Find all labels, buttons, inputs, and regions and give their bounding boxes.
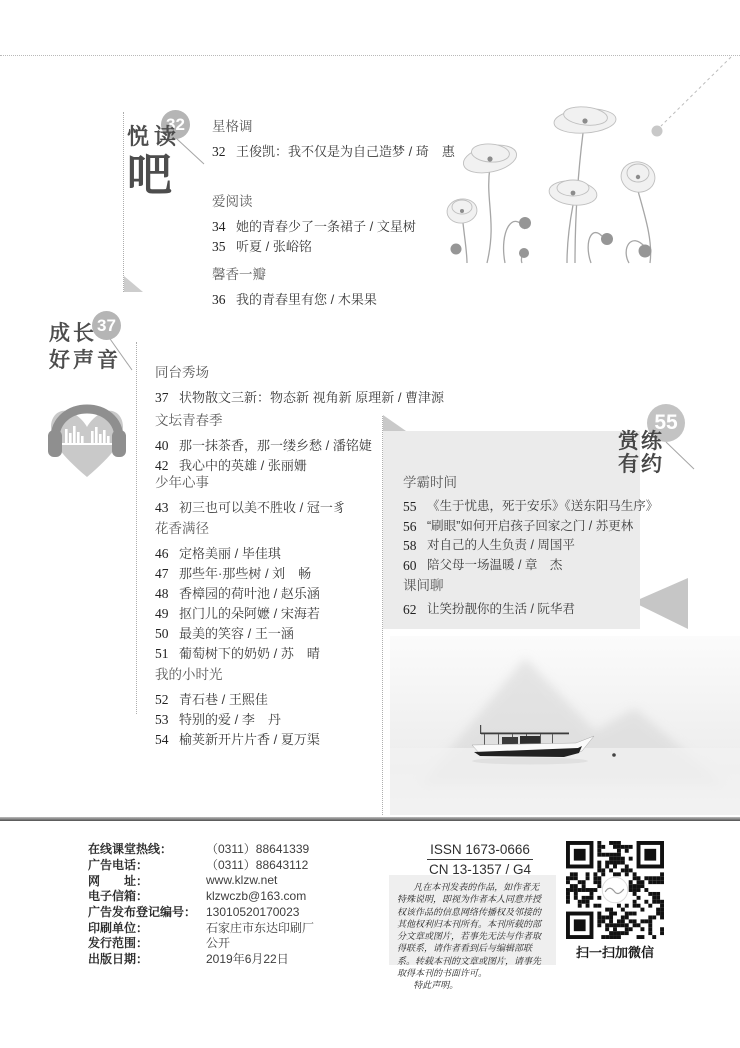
toc-item-title: 榆荚新开片片香 / 夏万渠 bbox=[179, 730, 320, 750]
toc-group: 同台秀场 37 状物散文三新：物态新 视角新 原理新 / 曹津源 bbox=[155, 364, 465, 408]
info-label: 广告电话： bbox=[88, 856, 206, 873]
publication-info: 在线课堂热线： （0311）88641339 广告电话： （0311）88643… bbox=[88, 841, 388, 967]
info-value-email: klzwczb@163.com bbox=[206, 889, 306, 903]
toc-item-page: 40 bbox=[155, 436, 179, 456]
toc-group-header: 爱阅读 bbox=[212, 193, 502, 211]
info-row: 网 址： www.klzw.net bbox=[88, 872, 388, 888]
info-label: 在线课堂热线： bbox=[88, 840, 206, 857]
info-row: 印刷单位： 石家庄市东达印刷厂 bbox=[88, 919, 388, 935]
toc-item-title: “刷眼”如何开启孩子回家之门 / 苏更林 bbox=[427, 517, 633, 537]
section1-dotted-line bbox=[123, 112, 124, 292]
toc-item-title: 初三也可以美不胜收 / 冠一豸 bbox=[179, 498, 346, 518]
info-label: 出版日期： bbox=[88, 950, 206, 967]
toc-group-header: 馨香一瓣 bbox=[212, 266, 502, 284]
issn-block: ISSN 1673-0666 CN 13-1357 / G4 bbox=[408, 841, 552, 877]
toc-group: 课间聊 62 让笑扮靓你的生活 / 阮华君 bbox=[403, 577, 643, 620]
toc-item-title: 青石巷 / 王熙佳 bbox=[179, 690, 268, 710]
toc-item: 35 听夏 / 张峪铭 bbox=[212, 237, 502, 257]
section3-title: 赏练 有约 bbox=[592, 430, 664, 476]
toc-item-page: 56 bbox=[403, 517, 427, 537]
toc-item-page: 35 bbox=[212, 237, 236, 257]
misty-lake-boat-photo bbox=[390, 636, 740, 815]
toc-item-title: 对自己的人生负责 / 周国平 bbox=[427, 536, 575, 556]
copyright-notice-statement: 特此声明。 bbox=[397, 980, 548, 992]
toc-item-page: 46 bbox=[155, 544, 179, 564]
toc-item-page: 32 bbox=[212, 142, 236, 162]
info-value: 公开 bbox=[206, 934, 230, 951]
info-row: 电子信箱： klzwczb@163.com bbox=[88, 888, 388, 904]
toc-group-header: 学霸时间 bbox=[403, 474, 643, 492]
toc-item-title: 陪父母一场温暖 / 章 杰 bbox=[427, 556, 562, 576]
toc-item-page: 42 bbox=[155, 456, 179, 476]
info-label: 发行范围： bbox=[88, 934, 206, 951]
section3-title-line1: 赏练 bbox=[592, 430, 664, 453]
toc-item-page: 53 bbox=[155, 710, 179, 730]
section1-corner-triangle bbox=[124, 276, 143, 292]
toc-item-title: 她的青春少了一条裙子 / 文星树 bbox=[236, 217, 416, 237]
toc-item-page: 34 bbox=[212, 217, 236, 237]
magazine-toc-page: 32 悦读 吧 星格调 32 王俊凯：我不仅是为自己造梦 / 琦 惠 爱阅读 3… bbox=[0, 0, 740, 1048]
info-row: 广告电话： （0311）88643112 bbox=[88, 857, 388, 873]
toc-item-title: 香樟园的荷叶池 / 赵乐涵 bbox=[179, 584, 320, 604]
toc-item-title: 那些年·那些树 / 刘 畅 bbox=[179, 564, 311, 584]
section1-title: 悦读 吧 bbox=[127, 124, 181, 200]
toc-item-title: 葡萄树下的奶奶 / 苏 晴 bbox=[179, 644, 320, 664]
toc-item-title: 最美的笑容 / 王一涵 bbox=[179, 624, 294, 644]
qr-caption: 扫一扫加微信 bbox=[558, 942, 672, 961]
toc-item-title: 《生于忧患，死于安乐》《送东阳马生序》 bbox=[427, 497, 658, 517]
toc-item-page: 54 bbox=[155, 730, 179, 750]
toc-item: 58 对自己的人生负责 / 周国平 bbox=[403, 536, 643, 556]
toc-item: 62 让笑扮靓你的生活 / 阮华君 bbox=[403, 600, 643, 620]
toc-item-page: 43 bbox=[155, 498, 179, 518]
toc-group: 爱阅读 34 她的青春少了一条裙子 / 文星树 35 听夏 / 张峪铭 bbox=[212, 193, 502, 257]
info-row: 在线课堂热线： （0311）88641339 bbox=[88, 841, 388, 857]
toc-item: 34 她的青春少了一条裙子 / 文星树 bbox=[212, 217, 502, 237]
copyright-notice-text: 凡在本刊发表的作品，如作者无特殊说明，即视为作者本人同意并授权该作品的信息网络传… bbox=[397, 882, 548, 980]
section2-title-line2: 好声音 bbox=[49, 347, 121, 374]
toc-item-title: 让笑扮靓你的生活 / 阮华君 bbox=[427, 600, 575, 620]
top-dotted-rule bbox=[0, 55, 740, 56]
toc-item: 56 “刷眼”如何开启孩子回家之门 / 苏更林 bbox=[403, 517, 643, 537]
toc-item-page: 50 bbox=[155, 624, 179, 644]
toc-group-header: 星格调 bbox=[212, 118, 502, 136]
toc-item-page: 37 bbox=[155, 388, 179, 408]
toc-group: 星格调 32 王俊凯：我不仅是为自己造梦 / 琦 惠 bbox=[212, 118, 502, 162]
toc-item-page: 49 bbox=[155, 604, 179, 624]
info-value: （0311）88641339 bbox=[206, 840, 309, 857]
toc-item-page: 52 bbox=[155, 690, 179, 710]
copyright-notice: 凡在本刊发表的作品，如作者无特殊说明，即视为作者本人同意并授权该作品的信息网络传… bbox=[389, 875, 556, 965]
toc-item: 55 《生于忧患，死于安乐》《送东阳马生序》 bbox=[403, 497, 643, 517]
toc-group: 学霸时间 55 《生于忧患，死于安乐》《送东阳马生序》 56 “刷眼”如何开启孩… bbox=[403, 474, 643, 575]
section3-diagonal-line bbox=[666, 442, 694, 469]
toc-item-page: 62 bbox=[403, 600, 427, 620]
toc-group-header: 文坛青春季 bbox=[155, 412, 465, 430]
toc-item-title: 抠门儿的朵阿嬷 / 宋海若 bbox=[179, 604, 320, 624]
info-value-website: www.klzw.net bbox=[206, 873, 277, 887]
info-label: 广告发布登记编号： bbox=[88, 903, 206, 920]
info-value: （0311）88643112 bbox=[206, 856, 308, 873]
toc-item-title: 那一抹茶香，那一缕乡愁 / 潘铭婕 bbox=[179, 436, 372, 456]
section3-title-line2: 有约 bbox=[592, 453, 664, 476]
toc-item: 37 状物散文三新：物态新 视角新 原理新 / 曹津源 bbox=[155, 388, 465, 408]
toc-group: 馨香一瓣 36 我的青春里有您 / 木果果 bbox=[212, 266, 502, 310]
corner-dashed-line bbox=[661, 57, 731, 126]
info-value: 2019年6月22日 bbox=[206, 950, 289, 967]
section1-title-line2: 吧 bbox=[127, 150, 181, 200]
toc-item: 60 陪父母一场温暖 / 章 杰 bbox=[403, 556, 643, 576]
toc-item-title: 特别的爱 / 李 丹 bbox=[179, 710, 281, 730]
toc-item: 32 王俊凯：我不仅是为自己造梦 / 琦 惠 bbox=[212, 142, 502, 162]
toc-item-page: 55 bbox=[403, 497, 427, 517]
bottom-divider-bar bbox=[0, 817, 740, 821]
section2-title-line1: 成长 bbox=[49, 320, 121, 347]
toc-item-title: 状物散文三新：物态新 视角新 原理新 / 曹津源 bbox=[179, 388, 444, 408]
info-label: 电子信箱： bbox=[88, 887, 206, 904]
info-row: 广告发布登记编号： 13010520170023 bbox=[88, 904, 388, 920]
toc-item-title: 定格美丽 / 毕佳琪 bbox=[179, 544, 281, 564]
wechat-qr-code bbox=[566, 841, 664, 939]
info-row: 发行范围： 公开 bbox=[88, 935, 388, 951]
info-value: 石家庄市东达印刷厂 bbox=[206, 919, 314, 936]
issn-number: ISSN 1673-0666 bbox=[427, 842, 533, 860]
info-value: 13010520170023 bbox=[206, 905, 299, 919]
toc-item-page: 58 bbox=[403, 536, 427, 556]
info-label: 印刷单位： bbox=[88, 919, 206, 936]
info-label: 网 址： bbox=[88, 872, 206, 889]
section1-title-line1: 悦读 bbox=[127, 124, 181, 150]
toc-item-page: 48 bbox=[155, 584, 179, 604]
toc-item-title: 我心中的英雄 / 张丽姗 bbox=[179, 456, 307, 476]
toc-item-page: 51 bbox=[155, 644, 179, 664]
toc-item: 36 我的青春里有您 / 木果果 bbox=[212, 290, 502, 310]
toc-item-page: 36 bbox=[212, 290, 236, 310]
section2-dotted-line bbox=[136, 342, 137, 714]
toc-group-header: 课间聊 bbox=[403, 577, 643, 595]
section2-title: 成长 好声音 bbox=[49, 320, 121, 374]
toc-group-header: 同台秀场 bbox=[155, 364, 465, 382]
info-row: 出版日期： 2019年6月22日 bbox=[88, 951, 388, 967]
toc-item-page: 47 bbox=[155, 564, 179, 584]
headphones-heart-icon bbox=[41, 383, 133, 485]
toc-item-title: 听夏 / 张峪铭 bbox=[236, 237, 312, 257]
toc-item-title: 我的青春里有您 / 木果果 bbox=[236, 290, 377, 310]
toc-item-title: 王俊凯：我不仅是为自己造梦 / 琦 惠 bbox=[236, 142, 455, 162]
toc-item-page: 60 bbox=[403, 556, 427, 576]
